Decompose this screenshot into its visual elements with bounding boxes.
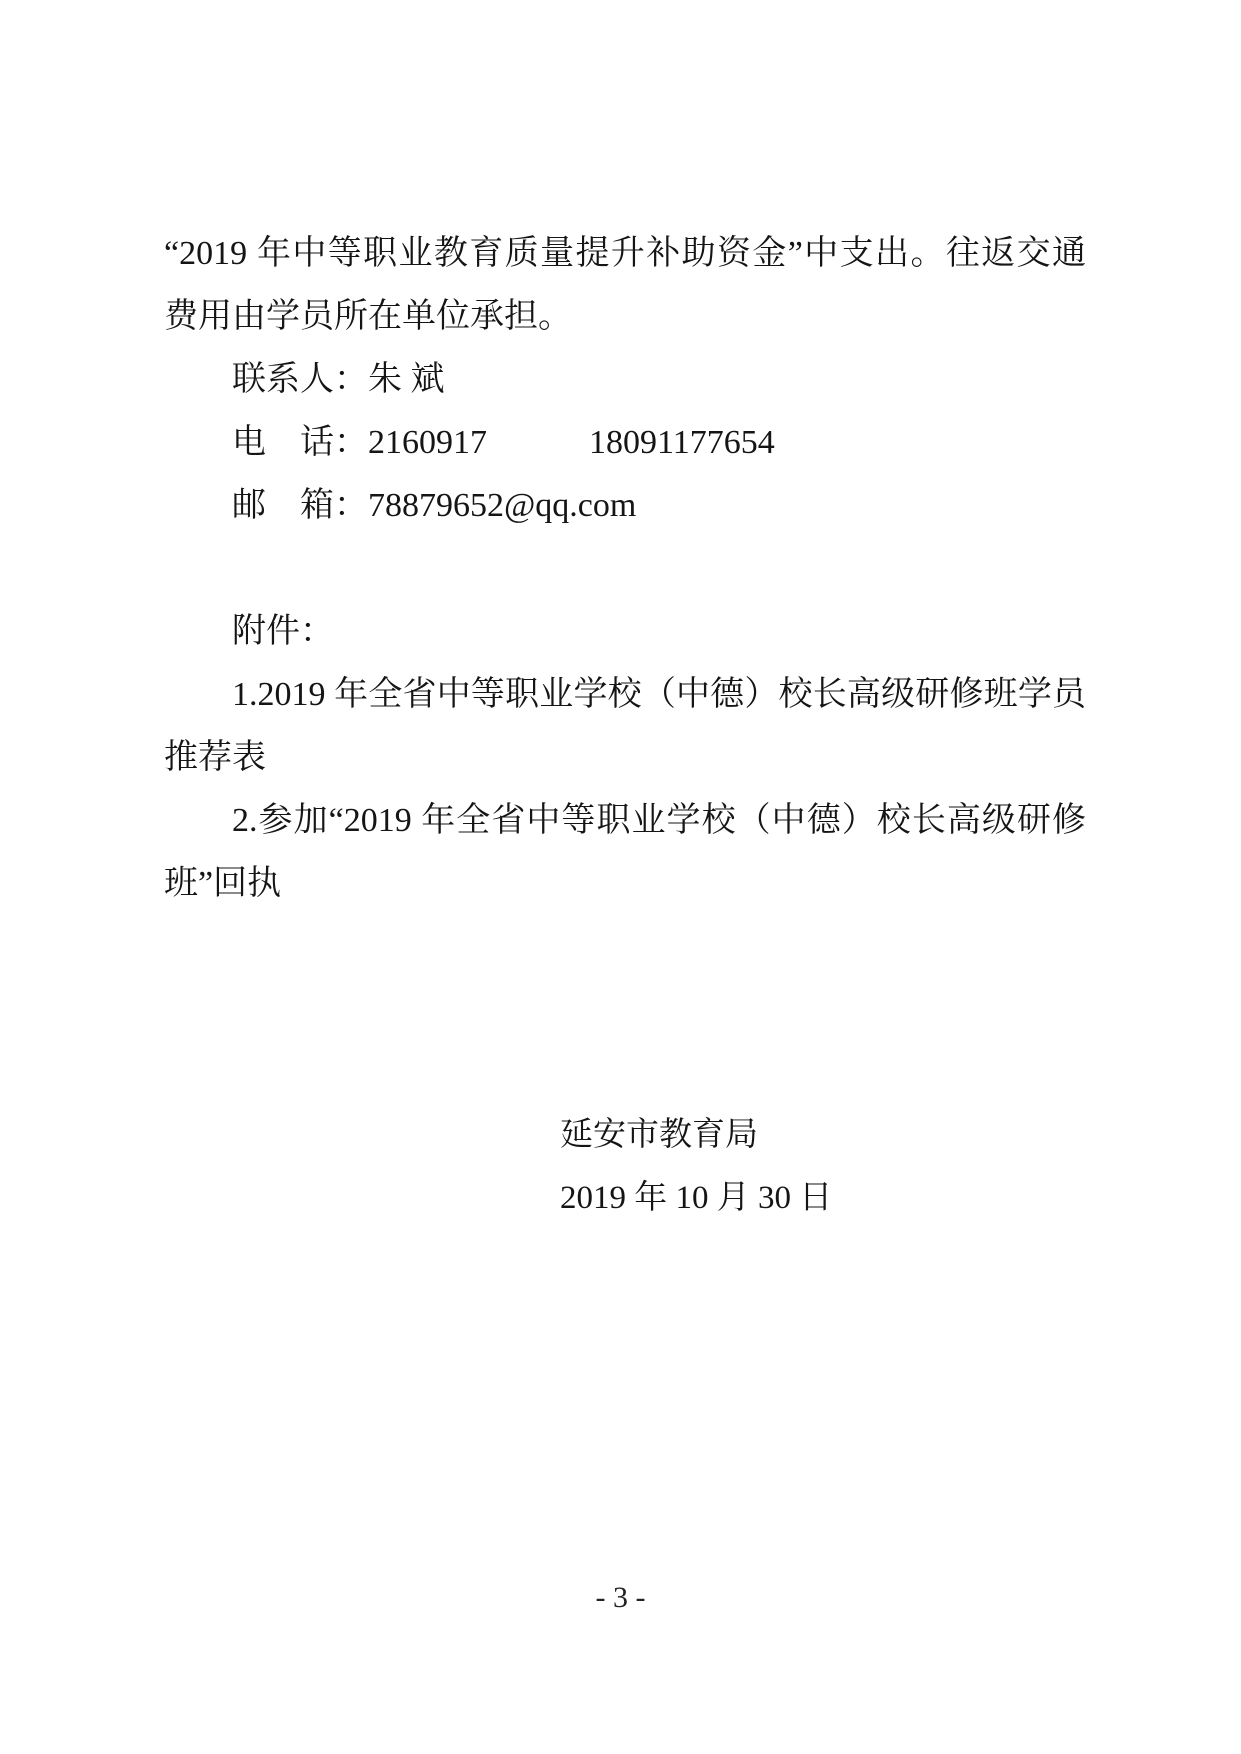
- attachment-item-1-line-2: 推荐表: [164, 726, 1086, 789]
- page-number: - 3 -: [0, 1578, 1241, 1618]
- attachment-item-1-line-1: 1.2019 年全省中等职业学校（中德）校长高级研修班学员: [164, 663, 1086, 726]
- attachment-item-2-line-2: 班”回执: [164, 852, 1086, 915]
- paragraph-continuation-line-2: 费用由学员所在单位承担。: [164, 285, 1086, 348]
- contact-person-line: 联系人：朱 斌: [164, 348, 1086, 411]
- attachments-heading: 附件：: [164, 600, 1086, 663]
- document-page: “2019 年中等职业教育质量提升补助资金”中支出。往返交通 费用由学员所在单位…: [0, 0, 1241, 1754]
- document-body: “2019 年中等职业教育质量提升补助资金”中支出。往返交通 费用由学员所在单位…: [164, 0, 1086, 1230]
- paragraph-continuation-line-1: “2019 年中等职业教育质量提升补助资金”中支出。往返交通: [164, 222, 1086, 285]
- signature-issuer: 延安市教育局: [560, 1104, 1090, 1167]
- signature-date: 2019 年 10 月 30 日: [560, 1167, 1090, 1230]
- contact-phone-line: 电 话：2160917 18091177654: [164, 411, 1086, 474]
- blank-block: [164, 915, 1086, 1104]
- attachment-item-2-line-1: 2.参加“2019 年全省中等职业学校（中德）校长高级研修: [164, 789, 1086, 852]
- contact-email-line: 邮 箱：78879652@qq.com: [164, 474, 1086, 537]
- blank-line: [164, 537, 1086, 600]
- signature-block: 延安市教育局 2019 年 10 月 30 日: [560, 1104, 1090, 1230]
